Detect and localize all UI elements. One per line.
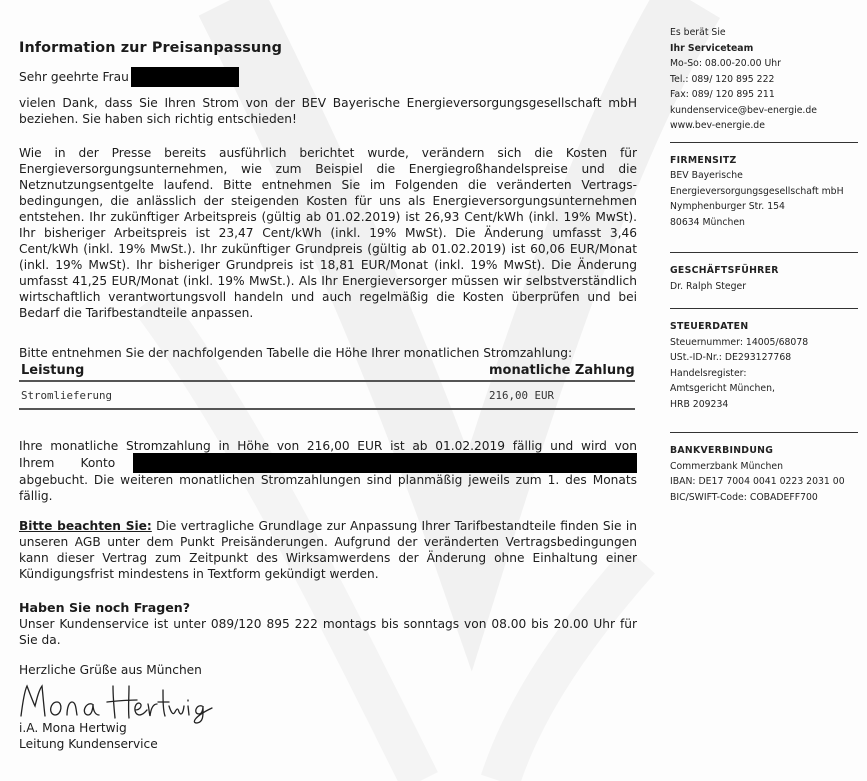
payment-line-3: abgebucht. Die weiteren monatlichen Stro… bbox=[19, 472, 637, 504]
contact-email[interactable]: kundenservice@bev-energie.de bbox=[670, 103, 860, 119]
table-cell-service: Stromlieferung bbox=[19, 381, 489, 409]
firmensitz-line: Nymphenburger Str. 154 bbox=[670, 199, 860, 215]
payment-line-1: Ihre monatliche Stromzahlung in Höhe von… bbox=[19, 438, 637, 454]
steuerdaten-line: HRB 209234 bbox=[670, 397, 860, 413]
sidebar: Es berät Sie Ihr Serviceteam Mo-So: 08.0… bbox=[670, 25, 860, 505]
letter-body: Information zur Preisanpassung Sehr geeh… bbox=[19, 40, 637, 752]
divider bbox=[670, 432, 858, 433]
note-paragraph: Bitte beachten Sie: Die vertragliche Gru… bbox=[19, 518, 637, 582]
redacted-account bbox=[133, 453, 637, 473]
intro-paragraph: vielen Dank, dass Sie Ihren Strom von de… bbox=[19, 95, 637, 127]
price-change-paragraph: Wie in der Presse bereits ausführlich be… bbox=[19, 145, 637, 321]
firmensitz-heading: FIRMENSITZ bbox=[670, 153, 860, 169]
questions-section: Haben Sie noch Fragen? Unser Kundenservi… bbox=[19, 600, 637, 648]
steuerdaten-line: Handelsregister: bbox=[670, 366, 860, 382]
firmensitz-line: 80634 München bbox=[670, 215, 860, 231]
handwritten-signature bbox=[17, 680, 217, 724]
salutation: Sehr geehrte Frau bbox=[19, 67, 637, 87]
divider bbox=[670, 308, 858, 309]
table-row: Stromlieferung 216,00 EUR bbox=[19, 381, 635, 409]
firmensitz-line: BEV Bayerische bbox=[670, 168, 860, 184]
contact-team: Ihr Serviceteam bbox=[670, 41, 860, 57]
steuerdaten-line: Amtsgericht München, bbox=[670, 381, 860, 397]
contact-hours: Mo-So: 08.00-20.00 Uhr bbox=[670, 56, 860, 72]
divider bbox=[670, 142, 858, 143]
contact-intro: Es berät Sie bbox=[670, 25, 860, 41]
payment-account-line: Ihrem Konto bbox=[19, 454, 637, 472]
redacted-name bbox=[131, 67, 239, 87]
payment-word-ihrem: Ihrem bbox=[19, 455, 54, 471]
signature-block: Herzliche Grüße aus München i.A. Mona He… bbox=[19, 662, 637, 752]
steuerdaten-line: Steuernummer: 14005/68078 bbox=[670, 335, 860, 351]
contact-website[interactable]: www.bev-energie.de bbox=[670, 118, 860, 134]
signer-name: i.A. Mona Hertwig bbox=[19, 720, 637, 736]
payment-word-konto: Konto bbox=[80, 455, 115, 471]
closing: Herzliche Grüße aus München bbox=[19, 662, 637, 678]
table-intro: Bitte entnehmen Sie der nachfolgenden Ta… bbox=[19, 345, 637, 361]
contact-block: Es berät Sie Ihr Serviceteam Mo-So: 08.0… bbox=[670, 25, 860, 134]
firmensitz-line: Energieversorgungsgesellschaft mbH bbox=[670, 184, 860, 200]
salutation-text: Sehr geehrte Frau bbox=[19, 69, 129, 85]
table-header-monthly-payment: monatliche Zahlung bbox=[489, 363, 635, 381]
letter-title: Information zur Preisanpassung bbox=[19, 40, 637, 56]
bank-heading: BANKVERBINDUNG bbox=[670, 443, 860, 459]
table-cell-amount: 216,00 EUR bbox=[489, 381, 635, 409]
steuerdaten-heading: STEUERDATEN bbox=[670, 319, 860, 335]
bank-line: Commerzbank München bbox=[670, 459, 860, 475]
geschaeftsfuehrer-block: GESCHÄFTSFÜHRER Dr. Ralph Steger bbox=[670, 263, 860, 294]
contact-fax: Fax: 089/ 120 895 211 bbox=[670, 87, 860, 103]
questions-text: Unser Kundenservice ist unter 089/120 89… bbox=[19, 616, 637, 648]
divider bbox=[670, 252, 858, 253]
table-header-service: Leistung bbox=[19, 363, 489, 381]
questions-heading: Haben Sie noch Fragen? bbox=[19, 600, 637, 616]
firmensitz-block: FIRMENSITZ BEV Bayerische Energieversorg… bbox=[670, 153, 860, 231]
bank-block: BANKVERBINDUNG Commerzbank München IBAN:… bbox=[670, 443, 860, 505]
bank-line: IBAN: DE17 7004 0041 0223 2031 00 bbox=[670, 474, 860, 490]
note-label: Bitte beachten Sie: bbox=[19, 519, 152, 533]
geschaeftsfuehrer-line: Dr. Ralph Steger bbox=[670, 279, 860, 295]
steuerdaten-line: USt.-ID-Nr.: DE293127768 bbox=[670, 350, 860, 366]
signer-role: Leitung Kundenservice bbox=[19, 736, 637, 752]
contact-tel: Tel.: 089/ 120 895 222 bbox=[670, 72, 860, 88]
geschaeftsfuehrer-heading: GESCHÄFTSFÜHRER bbox=[670, 263, 860, 279]
steuerdaten-block: STEUERDATEN Steuernummer: 14005/68078 US… bbox=[670, 319, 860, 412]
bank-line: BIC/SWIFT-Code: COBADEFF700 bbox=[670, 490, 860, 506]
payment-table: Leistung monatliche Zahlung Stromlieferu… bbox=[19, 363, 635, 410]
payment-paragraph: Ihre monatliche Stromzahlung in Höhe von… bbox=[19, 438, 637, 504]
